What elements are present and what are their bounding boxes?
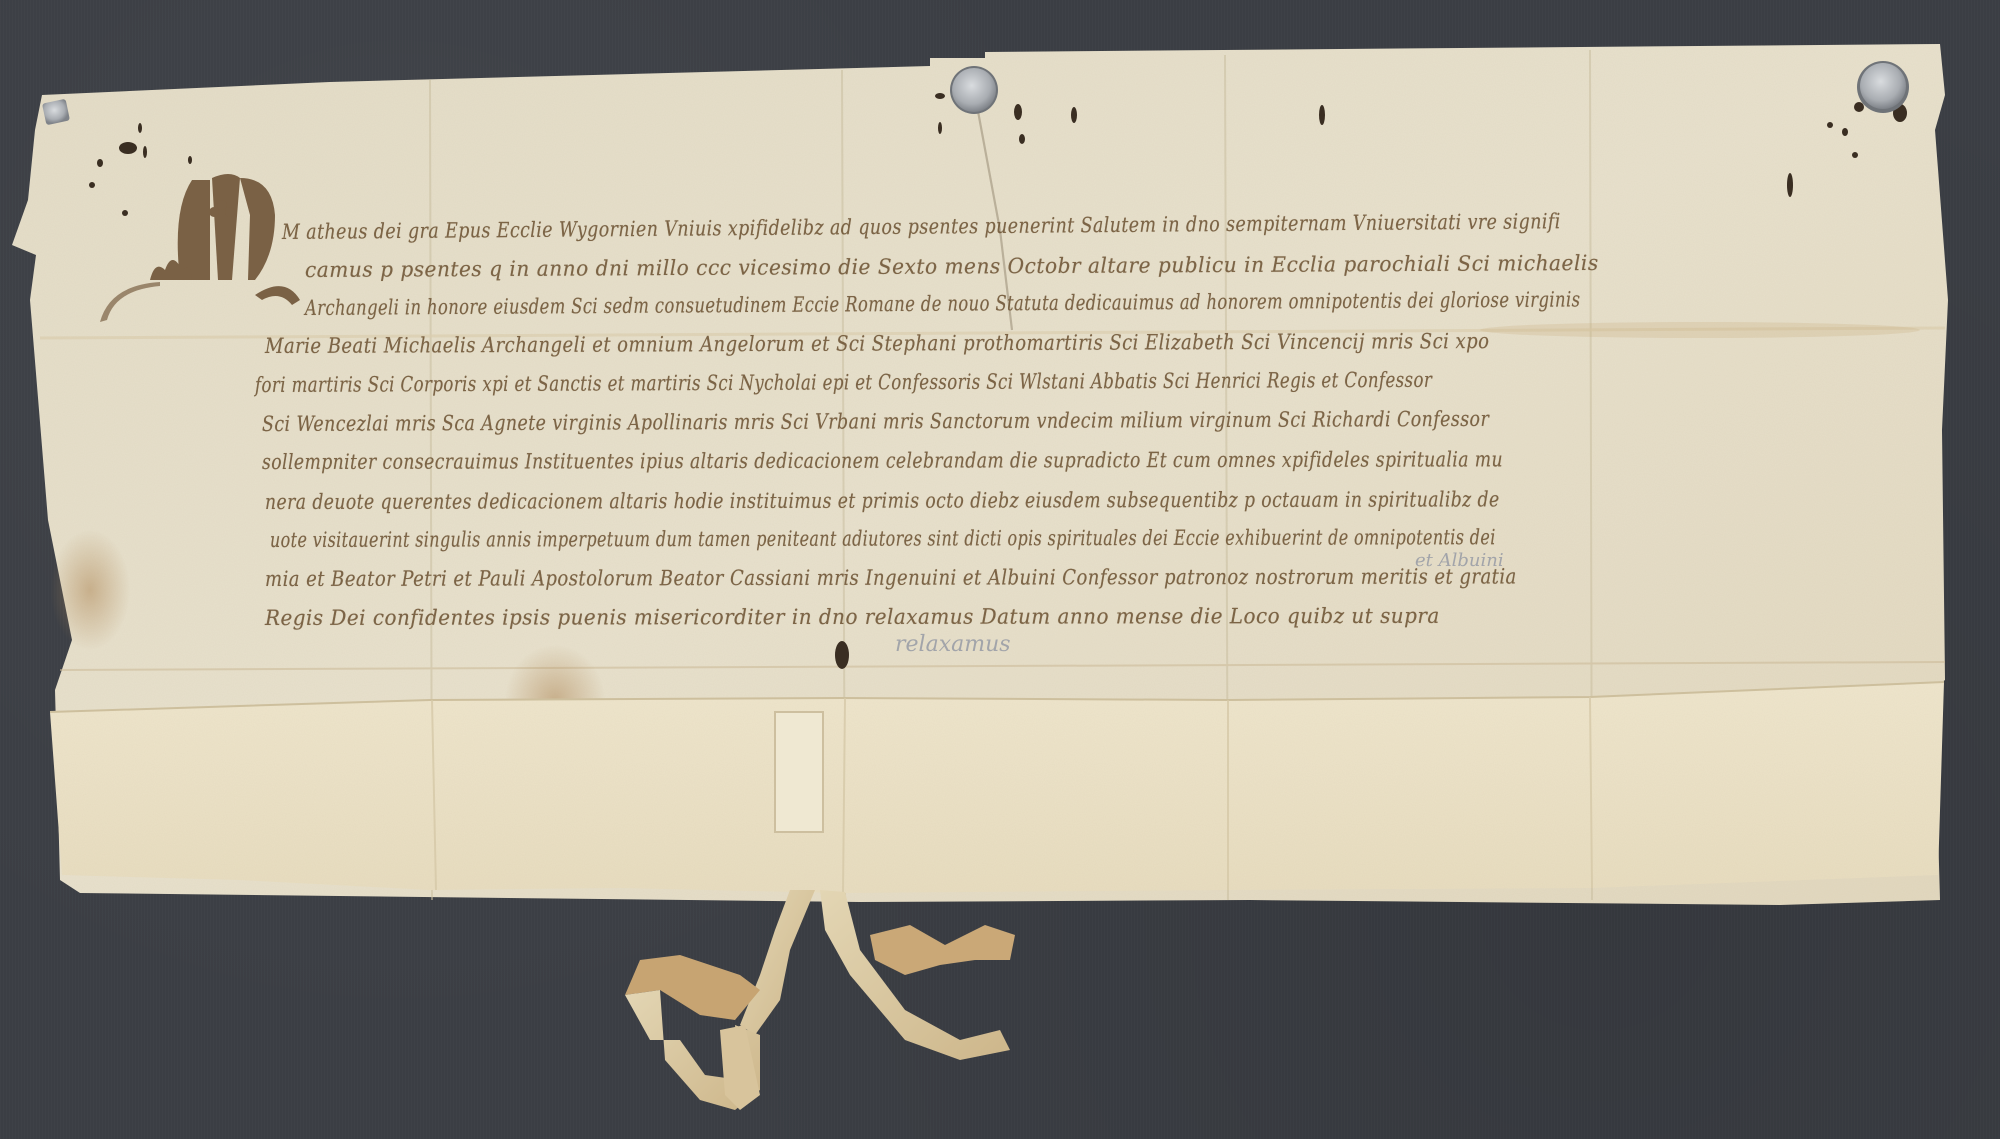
pin-top-right-icon [1857,61,1909,113]
plica-fold [50,682,1944,893]
seal-tag-ribbon [625,890,1015,1110]
pin-top-centre-icon [950,66,998,114]
charter-photograph [0,0,2000,1139]
